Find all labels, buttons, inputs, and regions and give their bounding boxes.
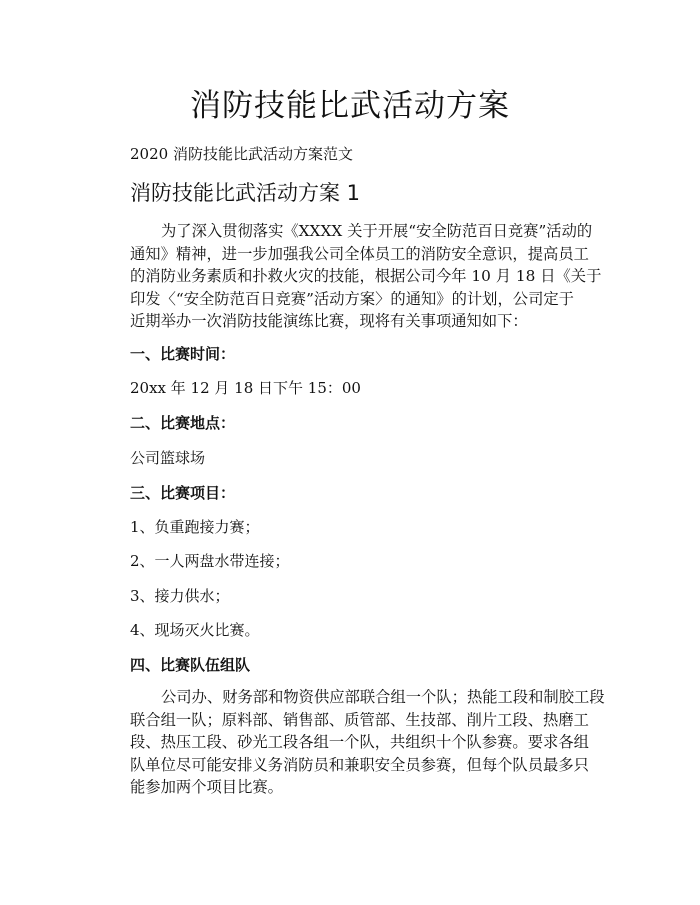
teams-line: 队单位尽可能安排义务消防员和兼职安全员参赛，但每个队员最多只: [130, 754, 610, 777]
teams-line: 能参加两个项目比赛。: [130, 776, 610, 799]
teams-line: 公司办、财务部和物资供应部联合组一个队；热能工段和制胶工段: [130, 686, 610, 709]
competition-time: 20xx 年 12 月 18 日下午 15：00: [130, 377, 361, 398]
document-page: 消防技能比武活动方案 2020 消防技能比武活动方案范文 消防技能比武活动方案 …: [0, 0, 700, 905]
competition-location: 公司篮球场: [130, 447, 205, 468]
intro-line: 通知》精神，进一步加强我公司全体员工的消防安全意识，提高员工: [130, 243, 610, 266]
section-events-heading: 三、比赛项目：: [130, 482, 235, 503]
teams-line: 联合组一队；原料部、销售部、质管部、生技部、削片工段、热磨工: [130, 709, 610, 732]
section-heading: 消防技能比武活动方案 1: [130, 177, 360, 207]
intro-line: 为了深入贯彻落实《XXXX 关于开展“安全防范百日竞赛”活动的: [130, 220, 610, 243]
intro-line: 的消防业务素质和扑救火灾的技能，根据公司今年 10 月 18 日《关于: [130, 265, 610, 288]
document-subtitle: 2020 消防技能比武活动方案范文: [130, 143, 353, 164]
section-location-heading: 二、比赛地点：: [130, 412, 235, 433]
teams-line: 段、热压工段、砂光工段各组一个队，共组织十个队参赛。要求各组: [130, 731, 610, 754]
intro-line: 近期举办一次消防技能演练比赛，现将有关事项通知如下：: [130, 310, 610, 333]
event-item: 3、接力供水；: [130, 585, 230, 606]
event-item: 2、一人两盘水带连接；: [130, 550, 290, 571]
teams-paragraph: 公司办、财务部和物资供应部联合组一个队；热能工段和制胶工段 联合组一队；原料部、…: [130, 686, 610, 799]
document-title: 消防技能比武活动方案: [0, 80, 700, 125]
intro-paragraph: 为了深入贯彻落实《XXXX 关于开展“安全防范百日竞赛”活动的 通知》精神，进一…: [130, 220, 610, 333]
section-teams-heading: 四、比赛队伍组队: [130, 654, 250, 675]
event-item: 4、现场灭火比赛。: [130, 619, 260, 640]
intro-line: 印发〈“安全防范百日竞赛”活动方案〉的通知》的计划，公司定于: [130, 288, 610, 311]
section-time-heading: 一、比赛时间：: [130, 343, 235, 364]
event-item: 1、负重跑接力赛；: [130, 516, 260, 537]
